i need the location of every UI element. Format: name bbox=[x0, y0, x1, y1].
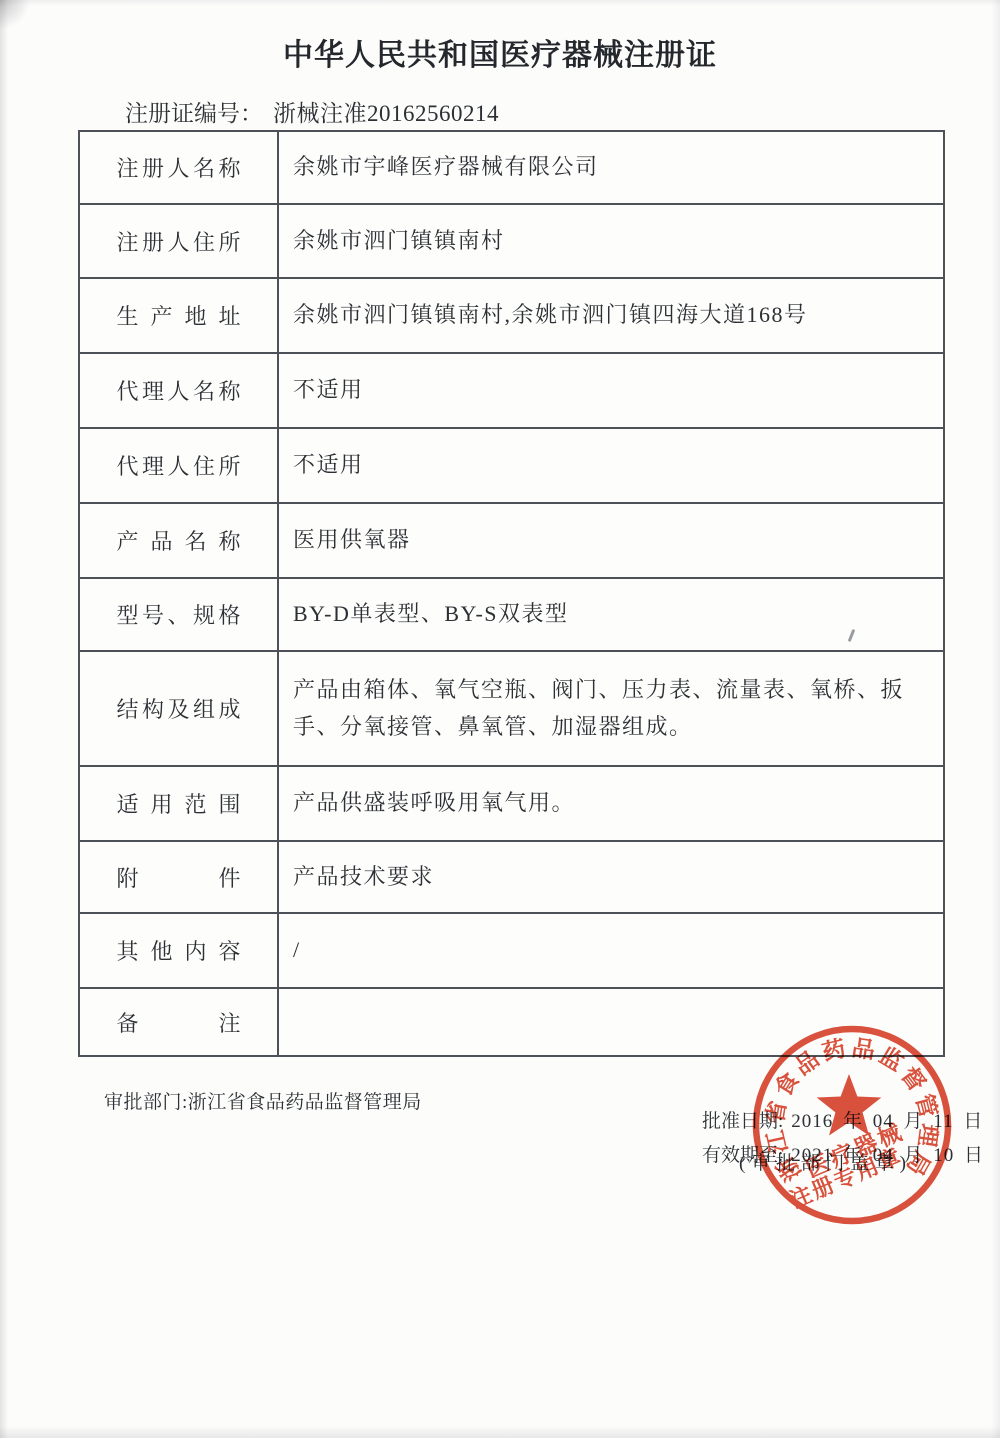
registration-number-line: 注册证编号：浙械注准20162560214 bbox=[125, 95, 499, 128]
row-value: 余姚市泗门镇镇南村,余姚市泗门镇四海大道168号 bbox=[279, 279, 943, 352]
row-label: 代理人名称 bbox=[80, 354, 279, 427]
table-row: 型号、规格BY-D单表型、BY-S双表型 bbox=[80, 579, 943, 652]
table-row: 代理人住所不适用 bbox=[80, 429, 943, 504]
certificate-page: 中华人民共和国医疗器械注册证 注册证编号：浙械注准20162560214 注册人… bbox=[0, 0, 1000, 1438]
row-label: 结构及组成 bbox=[80, 652, 279, 765]
row-label: 注册人名称 bbox=[80, 132, 279, 203]
row-value: 产品由箱体、氧气空瓶、阀门、压力表、流量表、氧桥、扳手、分氧接管、鼻氧管、加湿器… bbox=[279, 652, 943, 765]
table-row: 注册人住所余姚市泗门镇镇南村 bbox=[80, 205, 943, 279]
row-label: 生产地址 bbox=[80, 279, 279, 352]
row-label: 代理人住所 bbox=[80, 429, 279, 502]
table-row: 代理人名称不适用 bbox=[80, 354, 943, 429]
stamp-star-icon bbox=[817, 1074, 882, 1136]
row-value: / bbox=[279, 914, 943, 987]
row-value: 不适用 bbox=[279, 354, 943, 427]
table-row: 结构及组成产品由箱体、氧气空瓶、阀门、压力表、流量表、氧桥、扳手、分氧接管、鼻氧… bbox=[80, 652, 943, 767]
row-label: 附 件 bbox=[80, 842, 279, 912]
table-row: 注册人名称余姚市宇峰医疗器械有限公司 bbox=[80, 132, 943, 205]
row-label: 型号、规格 bbox=[80, 579, 279, 650]
row-label: 产品名称 bbox=[80, 504, 279, 577]
row-label: 备 注 bbox=[80, 989, 279, 1055]
row-value: 余姚市宇峰医疗器械有限公司 bbox=[279, 132, 943, 203]
table-row: 生产地址余姚市泗门镇镇南村,余姚市泗门镇四海大道168号 bbox=[80, 279, 943, 354]
row-value: 产品供盛装呼吸用氧气用。 bbox=[279, 767, 943, 840]
table-row: 适用范围产品供盛装呼吸用氧气用。 bbox=[80, 767, 943, 842]
approval-department: 审批部门:浙江省食品药品监督管理局 bbox=[104, 1087, 422, 1114]
page-title: 中华人民共和国医疗器械注册证 bbox=[0, 30, 1000, 74]
registration-number-label: 注册证编号： bbox=[125, 101, 263, 126]
row-value: BY-D单表型、BY-S双表型 bbox=[279, 579, 943, 650]
row-value: 余姚市泗门镇镇南村 bbox=[279, 205, 943, 277]
table-row: 产品名称医用供氧器 bbox=[80, 504, 943, 579]
row-label: 注册人住所 bbox=[80, 205, 279, 277]
stamp-arc-char: 药 bbox=[820, 1035, 848, 1066]
stamp-arc-char: 理 bbox=[914, 1122, 943, 1149]
stamp-arc-char: 品 bbox=[850, 1034, 877, 1063]
cert-table: 注册人名称余姚市宇峰医疗器械有限公司注册人住所余姚市泗门镇镇南村生产地址余姚市泗… bbox=[78, 130, 945, 1057]
row-value: 产品技术要求 bbox=[279, 842, 943, 912]
row-value: 不适用 bbox=[279, 429, 943, 502]
registration-number-value: 浙械注准20162560214 bbox=[273, 101, 499, 126]
row-label: 适用范围 bbox=[80, 767, 279, 840]
row-value: 医用供氧器 bbox=[279, 504, 943, 577]
stamp-arc-char: 管 bbox=[911, 1091, 942, 1120]
table-row: 其他内容/ bbox=[80, 914, 943, 989]
stamp-arc-char: 省 bbox=[761, 1099, 790, 1126]
official-red-stamp: 浙江省食品药品监督管理局 医疗器械 注册专用章 bbox=[747, 1020, 957, 1230]
stamp-arc-char: 江 bbox=[761, 1127, 792, 1156]
table-row: 附 件产品技术要求 bbox=[80, 842, 943, 914]
row-label: 其他内容 bbox=[80, 914, 279, 987]
